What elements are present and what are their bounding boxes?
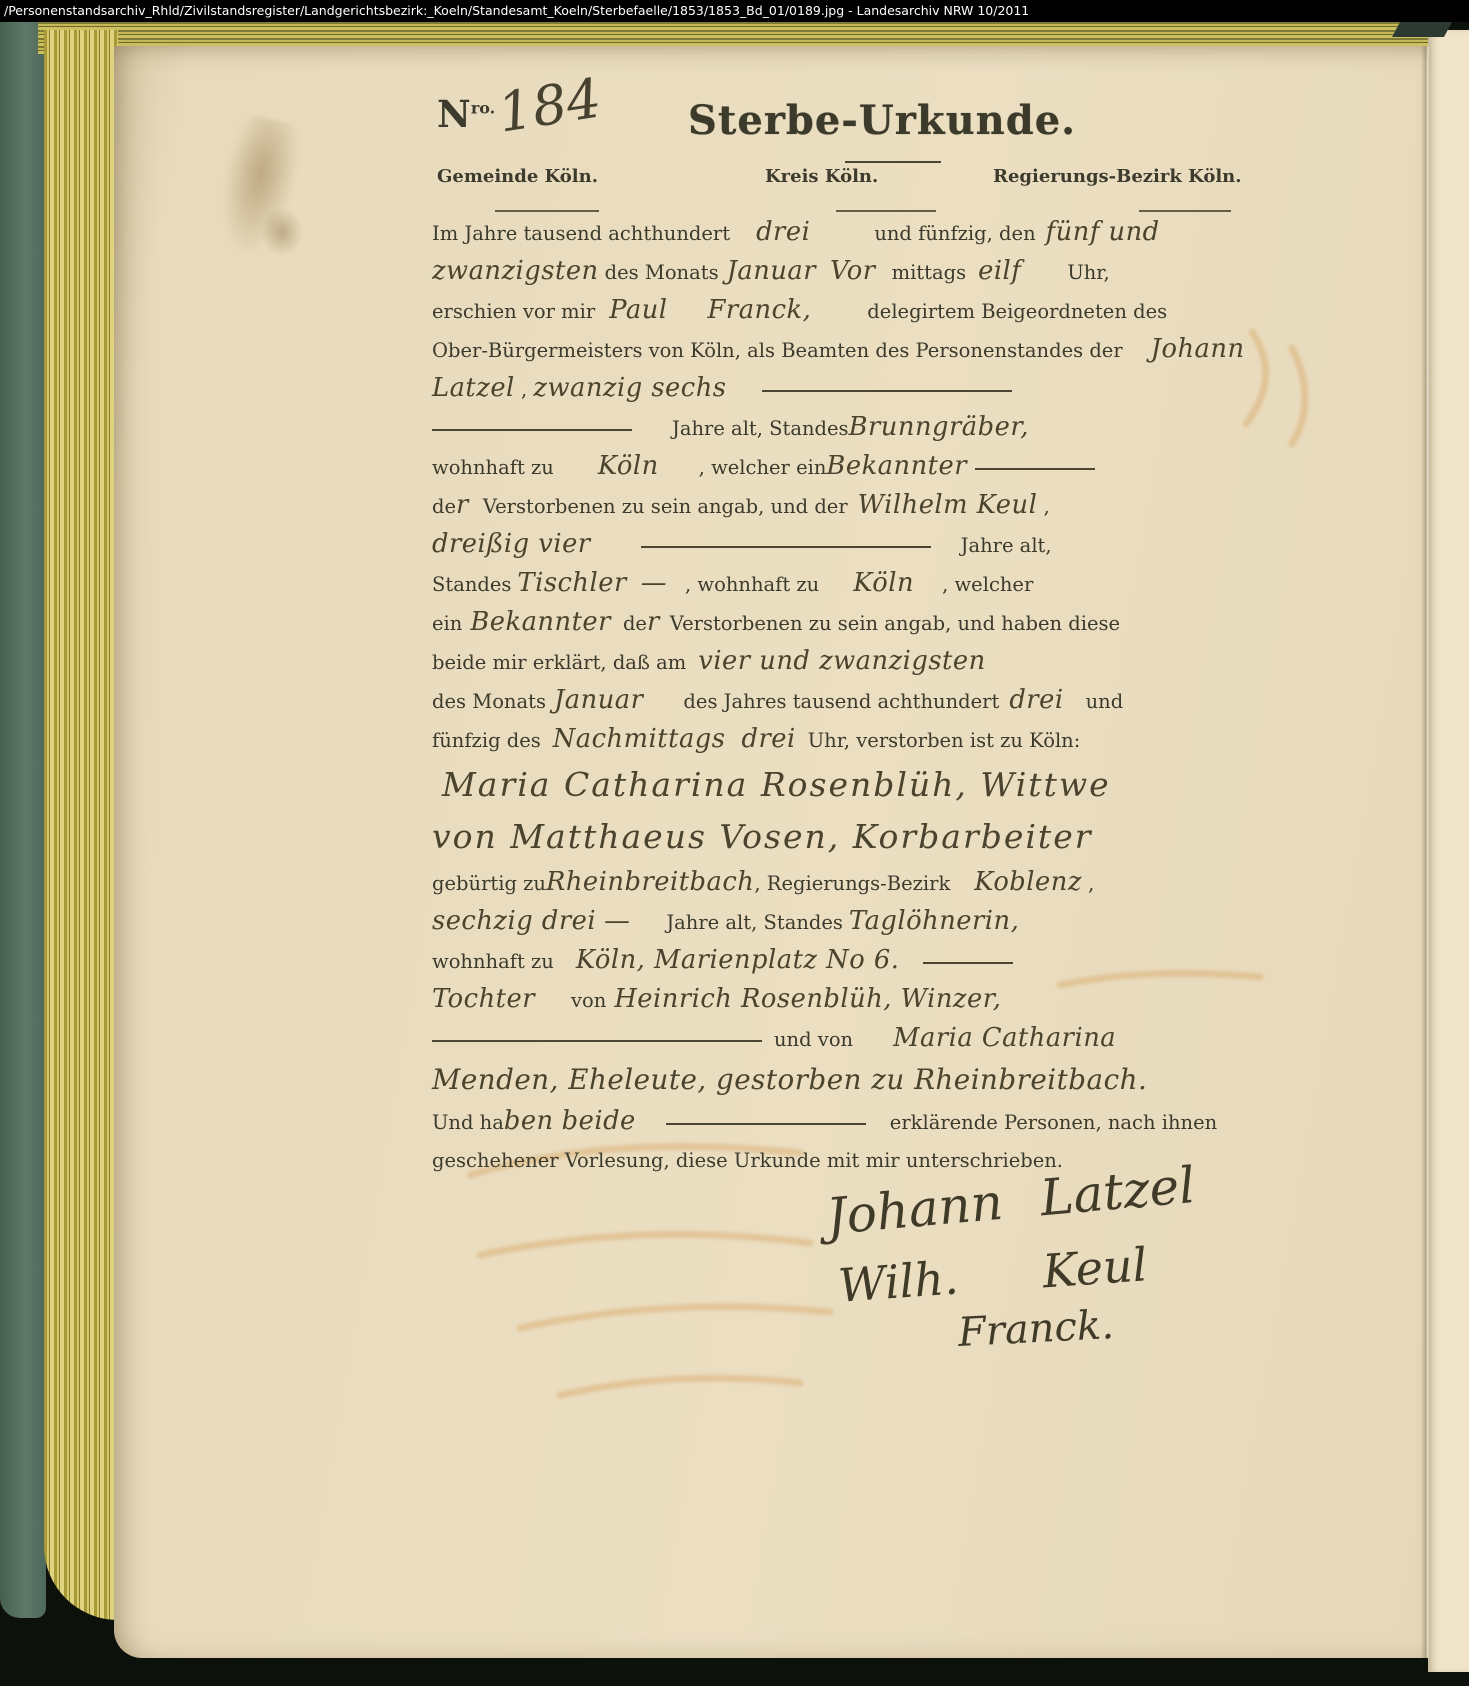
- document-line: und vonMaria Catharina: [432, 1019, 1238, 1058]
- document-line: Menden, Eheleute, gestorben zu Rheinbrei…: [432, 1058, 1238, 1102]
- document-line: fünfzig desNachmittagsdreiUhr, verstorbe…: [432, 720, 1238, 759]
- handwritten-text: Januar: [727, 256, 816, 286]
- document-line: wohnhaft zuKöln, welcher einBekannter: [432, 447, 1238, 486]
- handwritten-text: vier und zwanzigsten: [698, 646, 985, 676]
- printed-text: ,: [515, 378, 534, 401]
- document-line: sechzig drei—Jahre alt, StandesTaglöhner…: [432, 902, 1238, 941]
- district-kreis: Kreis Köln.: [765, 166, 878, 187]
- number-superscript: ro.: [471, 99, 495, 118]
- printed-text: de: [432, 495, 456, 518]
- heading-underline: [836, 210, 936, 212]
- printed-text: , Regierungs-Bezirk: [754, 872, 950, 895]
- handwritten-text: Wilhelm Keul: [858, 490, 1038, 520]
- handwritten-text: Heinrich Rosenblüh, Winzer,: [614, 984, 1001, 1014]
- district-gemeinde: Gemeinde Köln.: [437, 166, 598, 187]
- document-line: Und habenbeideerklärende Personen, nach …: [432, 1102, 1238, 1141]
- printed-text: und von: [774, 1028, 853, 1051]
- handwritten-text: Menden, Eheleute, gestorben zu Rheinbrei…: [432, 1063, 1147, 1096]
- printed-text: ,: [1037, 495, 1049, 518]
- document-line: erschien vor mirPaulFranck,delegirtem Be…: [432, 291, 1238, 330]
- viewer-path-bar: /Personenstandsarchiv_Rhld/Zivilstandsre…: [0, 0, 1469, 22]
- document-line: Latzel , zwanzig sechs: [432, 369, 1238, 408]
- printed-text: Im Jahre tausend achthundert: [432, 222, 730, 245]
- printed-text: , wohnhaft zu: [685, 573, 819, 596]
- document-line: gebürtig zuRheinbreitbach, Regierungs-Be…: [432, 863, 1238, 902]
- handwritten-text: von Matthaeus Vosen, Korbarbeiter: [432, 817, 1093, 856]
- printed-text: Uhr,: [1067, 261, 1109, 284]
- blank-rule: [641, 543, 931, 548]
- document-line: zwanzigstendes MonatsJanuarVormittagseil…: [432, 252, 1238, 291]
- next-page-edge: [1428, 30, 1469, 1672]
- printed-text: mittags: [892, 261, 967, 284]
- handwritten-text: beide: [562, 1106, 636, 1136]
- printed-text: und fünfzig, den: [874, 222, 1035, 245]
- handwritten-text: drei: [741, 724, 795, 754]
- document-line: StandesTischler—, wohnhaft zuKöln, welch…: [432, 564, 1238, 603]
- page-stack-left-edges: [44, 30, 118, 1620]
- signature-franck: Franck.: [957, 1302, 1115, 1356]
- handwritten-text: Brunngräber,: [849, 412, 1029, 442]
- printed-text: beide mir erklärt, daß am: [432, 651, 686, 674]
- book-cover: [0, 22, 46, 1618]
- handwritten-text: Maria Catharina Rosenblüh, Wittwe: [442, 765, 1111, 804]
- document-line: Ober-Bürgermeisters von Köln, als Beamte…: [432, 330, 1238, 369]
- handwritten-text: Januar: [554, 685, 643, 715]
- handwritten-text: Köln: [598, 451, 659, 481]
- handwritten-text: Taglöhnerin,: [849, 906, 1019, 936]
- handwritten-text: Tischler: [517, 568, 626, 598]
- handwritten-text: r: [456, 490, 469, 520]
- document-line: einBekannterderVerstorbenen zu sein anga…: [432, 603, 1238, 642]
- document-line: beide mir erklärt, daß amvier und zwanzi…: [432, 642, 1238, 681]
- handwritten-text: eilf: [978, 256, 1021, 286]
- handwritten-text: Tochter: [432, 984, 535, 1014]
- document-line: wohnhaft zuKöln, Marienplatz No 6.: [432, 941, 1238, 980]
- blank-rule: [432, 1037, 762, 1042]
- handwritten-text: fünf und: [1046, 217, 1160, 247]
- document-line: dreißig vierJahre alt,: [432, 525, 1238, 564]
- document-line: Jahre alt, StandesBrunngräber,: [432, 408, 1238, 447]
- printed-text: gebürtig zu: [432, 872, 546, 895]
- printed-text: Ober-Bürgermeisters von Köln, als Beamte…: [432, 339, 1123, 362]
- handwritten-text: Latzel: [432, 373, 515, 403]
- handwritten-text: Rheinbreitbach: [546, 867, 754, 897]
- printed-text: de: [623, 612, 647, 635]
- document-line: Im Jahre tausend achthundertdreiund fünf…: [432, 213, 1238, 252]
- handwritten-text: Franck,: [708, 295, 812, 325]
- printed-text: erklärende Personen, nach ihnen: [890, 1111, 1217, 1134]
- printed-text: Jahre alt,: [961, 534, 1052, 557]
- document-line: von Matthaeus Vosen, Korbarbeiter: [432, 811, 1238, 863]
- document-title: Sterbe-Urkunde.: [688, 97, 1076, 144]
- handwritten-text: drei: [1009, 685, 1063, 715]
- handwritten-text: Vor: [830, 256, 876, 286]
- number-letter: N: [437, 92, 471, 136]
- handwritten-text: Köln, Marienplatz No 6.: [576, 945, 900, 975]
- handwritten-text: ben: [504, 1106, 554, 1136]
- handwritten-text: Maria Catharina: [893, 1023, 1116, 1053]
- handwritten-text: zwanzigsten: [432, 256, 599, 286]
- title-rule: [845, 161, 941, 163]
- handwritten-text: —: [641, 568, 667, 598]
- handwritten-text: Nachmittags: [553, 724, 726, 754]
- handwritten-text: Bekannter: [470, 607, 611, 637]
- blank-rule: [762, 387, 1012, 392]
- binding-notch: [1392, 22, 1452, 37]
- blank-rule: [975, 465, 1095, 470]
- printed-text: Jahre alt, Standes: [666, 911, 843, 934]
- document-body: Im Jahre tausend achthundertdreiund fünf…: [432, 213, 1238, 1180]
- heading-underline: [1139, 210, 1231, 212]
- printed-text: , welcher ein: [699, 456, 827, 479]
- document-line: derVerstorbenen zu sein angab, und derWi…: [432, 486, 1238, 525]
- document-line: TochtervonHeinrich Rosenblüh, Winzer,: [432, 980, 1238, 1019]
- printed-text: Standes: [432, 573, 511, 596]
- heading-underline: [495, 210, 599, 212]
- handwritten-text: Köln: [853, 568, 914, 598]
- printed-text: des Monats: [605, 261, 719, 284]
- handwritten-text: zwanzig sechs: [533, 373, 726, 403]
- printed-text: ,: [1082, 872, 1094, 895]
- blank-rule: [432, 426, 632, 431]
- printed-text: Uhr, verstorben ist zu Köln:: [808, 729, 1081, 752]
- paper-stain: [262, 208, 302, 256]
- page-crease: [1421, 46, 1430, 1658]
- handwritten-text: r: [647, 607, 660, 637]
- number-label: Nro.: [437, 92, 495, 136]
- printed-text: Und ha: [432, 1111, 504, 1134]
- handwritten-text: —: [604, 906, 630, 936]
- handwritten-text: Bekannter: [826, 451, 967, 481]
- blank-rule: [666, 1120, 866, 1125]
- printed-text: fünfzig des: [432, 729, 541, 752]
- printed-text: Verstorbenen zu sein angab, und haben di…: [670, 612, 1120, 635]
- printed-text: , welcher: [942, 573, 1033, 596]
- printed-text: ein: [432, 612, 462, 635]
- printed-text: delegirtem Beigeordneten des: [867, 300, 1167, 323]
- printed-text: des Monats: [432, 690, 546, 713]
- printed-text: geschehener Vorlesung, diese Urkunde mit…: [432, 1149, 1063, 1172]
- handwritten-text: drei: [756, 217, 810, 247]
- handwritten-text: Paul: [609, 295, 667, 325]
- printed-text: und: [1086, 690, 1124, 713]
- document-line: des MonatsJanuardes Jahres tausend achth…: [432, 681, 1238, 720]
- printed-text: Jahre alt, Standes: [672, 417, 849, 440]
- printed-text: von: [571, 989, 606, 1012]
- handwritten-text: dreißig vier: [432, 529, 591, 559]
- printed-text: Verstorbenen zu sein angab, und der: [483, 495, 848, 518]
- printed-text: wohnhaft zu: [432, 950, 554, 973]
- printed-text: erschien vor mir: [432, 300, 595, 323]
- printed-text: wohnhaft zu: [432, 456, 554, 479]
- district-regierungsbezirk: Regierungs-Bezirk Köln.: [993, 166, 1242, 187]
- handwritten-text: sechzig drei: [432, 906, 596, 936]
- document-line: Maria Catharina Rosenblüh, Wittwe: [432, 759, 1238, 811]
- printed-text: des Jahres tausend achthundert: [683, 690, 999, 713]
- blank-rule: [923, 959, 1013, 964]
- handwritten-text: Johann: [1151, 334, 1245, 364]
- handwritten-text: Koblenz: [974, 867, 1082, 897]
